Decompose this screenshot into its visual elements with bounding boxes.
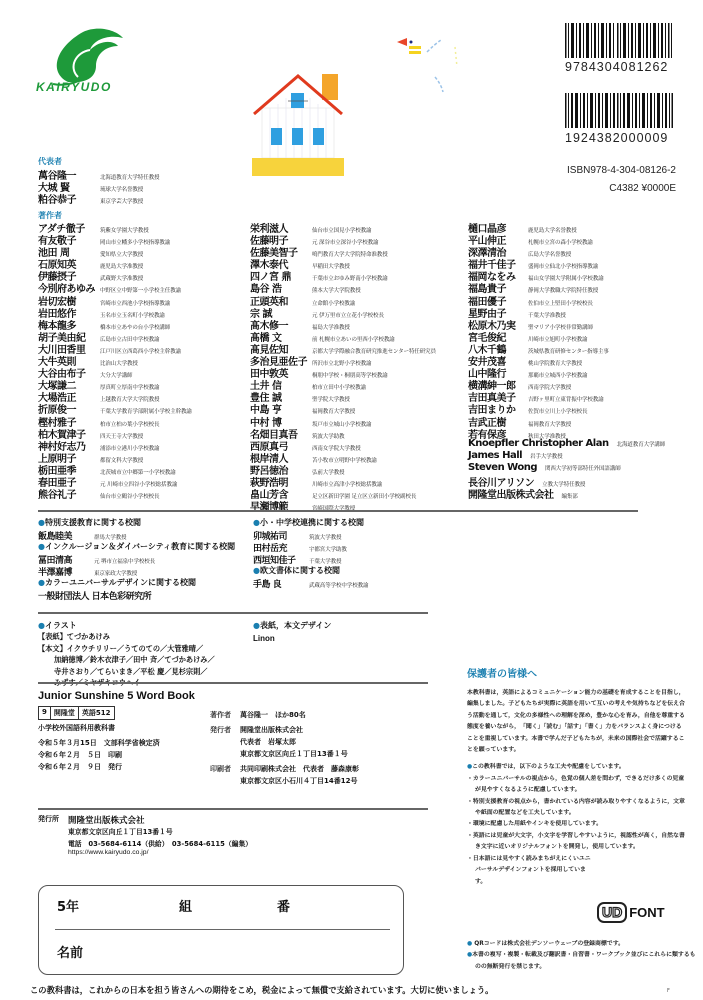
credit-affiliation: 川崎市立高津小学校総括教諭 xyxy=(312,480,382,488)
credit-affiliation: 西南学院大学教授 xyxy=(528,383,571,391)
credit-affiliation: 都留文科大学教授 xyxy=(100,456,143,464)
supervisor-affiliation: 千葉大学教授 xyxy=(309,557,341,565)
publisher-url[interactable]: https://www.kairyudo.co.jp/ xyxy=(38,849,252,861)
credit-affiliation: 玉名市立玉名町小学校教諭 xyxy=(100,311,165,319)
bullet-icon: ● xyxy=(38,518,45,527)
supervisor-row: 冨田清高元 堺市立福泉中学校校長 xyxy=(38,553,268,565)
name-label: 名前 xyxy=(57,942,83,961)
price-code-text: C4382 ¥0000E xyxy=(609,183,676,194)
printer-line: 東京都文京区小石川４丁目14番12号 xyxy=(240,776,357,788)
supervision-left: ●特別支援教育に関する校閲飯島睦美群馬大学教授●インクルージョン＆ダイバーシティ… xyxy=(38,517,268,601)
credit-affiliation: 岩手大学教授 xyxy=(530,452,562,460)
page-mark: F xyxy=(667,988,670,994)
features-title: この教科書では，以下のような工夫や配慮をしています。 xyxy=(472,764,625,770)
feature-item: ・英語には児童が大文字，小文字を学習しやすいように，視認性が高く，自然な書き文字… xyxy=(467,831,687,854)
credit-affiliation: 上越教育大学大学院教授 xyxy=(100,395,159,403)
credit-affiliation: 浦添市立港川小学校教諭 xyxy=(100,444,159,452)
supervision-title-text: インクルージョン＆ダイバーシティ教育に関する校閲 xyxy=(45,542,235,551)
isbn-barcode-icon xyxy=(565,23,673,58)
isbn-text: ISBN978-4-304-08126-2 xyxy=(567,165,676,176)
credit-row: 栄利滋人仙台市立国見小学校教諭 xyxy=(250,220,460,232)
credit-affiliation: 広島市立古田中学校教諭 xyxy=(100,335,159,343)
credit-affiliation: 岡山市立幡多小学校指導教諭 xyxy=(100,238,170,246)
illustration-body-line: 加納徳博／鈴木衣津子／田中 斉／てづかあけみ／ xyxy=(38,655,268,667)
credit-affiliation: 千葉大学教育学部附属小学校主幹教諭 xyxy=(100,407,192,415)
credit-affiliation: 茨城県教育研修センター指導主事 xyxy=(528,347,609,355)
credit-affiliation: 千葉大学准教授 xyxy=(528,311,566,319)
date-published: 令和６年２月 ９日 発行 xyxy=(38,762,160,774)
credit-affiliation: 琉球大学名誉教授 xyxy=(100,185,143,193)
date-approved: 令和５年３月15日 文部科学省検定済 xyxy=(38,738,160,750)
divider xyxy=(38,682,428,684)
credit-affiliation: 聖学院大学教授 xyxy=(312,395,350,403)
credit-affiliation: 桐朋中学校・桐朋高等学校教諭 xyxy=(312,371,388,379)
supervisor-row: 手島 良武蔵高等学校中学校教諭 xyxy=(253,577,483,589)
supervisor-row: 卯城祐司筑波大学教授 xyxy=(253,529,483,541)
supervisor-row: 半澤嘉博東京家政大学教授 xyxy=(38,565,268,577)
supervisor-affiliation: 群馬大学教授 xyxy=(94,533,126,541)
supervisor-affiliation: 筑波大学教授 xyxy=(309,533,341,541)
note-qr: QRコードは株式会社デンソーウェーブの登録商標です。 xyxy=(474,941,624,947)
credit-affiliation: 鹿児島大学名誉教授 xyxy=(528,226,577,234)
supervision-right: ●小・中学校連携に関する校閲卯城祐司筑波大学教授田村岳充宇都宮大学助教西垣知佳子… xyxy=(253,517,483,589)
credit-affiliation: 元 深谷市立深谷小学校教諭 xyxy=(312,238,378,246)
publisher-phone: 電話 03-5684-6114（供給） 03-5684-6115（編集） xyxy=(38,838,252,850)
credit-affiliation: 関西大学初等部特任外国語講師 xyxy=(545,464,621,472)
credit-row: アダチ徹子筑紫女学園大学教授 xyxy=(38,220,238,232)
credit-row: 四ノ宮 鼎千葉市立おゆみ野南小学校教諭 xyxy=(250,268,460,280)
design-credits: ●表紙，本文デザイン Linon xyxy=(253,620,331,643)
class-label: 組 xyxy=(179,896,192,915)
tag-number: 9 xyxy=(39,707,51,719)
credit-affiliation: 足立区新田学園 足立区立新田小学校副校長 xyxy=(312,492,416,500)
credit-affiliation: 聖マリア小学校非常勤講師 xyxy=(528,323,593,331)
divider xyxy=(55,929,390,930)
credit-affiliation: 川崎市立旭町小学校教諭 xyxy=(528,335,587,343)
credit-row: 若有保彦秋田大学准教授 xyxy=(468,426,698,438)
credit-affiliation: 苫小牧市立明野中学校教諭 xyxy=(312,456,377,464)
supervision-title-text: 特別支援教育に関する校閲 xyxy=(45,518,141,527)
bird-illustration-icon xyxy=(395,32,485,102)
credit-affiliation: 編集部 xyxy=(562,492,578,500)
credit-name: 粕谷恭子 xyxy=(38,191,100,206)
representatives-title: 代表者 xyxy=(38,156,238,167)
credit-affiliation: 西南女学院大学教授 xyxy=(312,444,361,452)
supervision-title-text: 小・中学校連携に関する校閲 xyxy=(260,518,364,527)
credit-row: 萩野浩明川崎市立高津小学校総括教諭 xyxy=(250,474,460,486)
credit-affiliation: 元 川崎市立四谷小学校総括教諭 xyxy=(100,480,177,488)
credit-affiliation: 橋本市立あやの台小学校講師 xyxy=(100,323,170,331)
supervision-title: ●カラーユニバーサルデザインに関する校閲 xyxy=(38,577,268,589)
credit-affiliation: 仙台市立国見小学校教諭 xyxy=(312,226,371,234)
ud-font-text: FONT xyxy=(629,905,664,920)
barcode-number-1: 9784304081262 xyxy=(565,60,675,74)
supervision-title: ●欧文書体に関する校閲 xyxy=(253,565,483,577)
price-barcode-icon xyxy=(565,93,673,128)
credit-affiliation: 愛知県立大学教授 xyxy=(100,250,143,258)
book-title: Junior Sunshine 5 Word Book xyxy=(38,690,195,702)
credit-affiliation: 坂戸市立城山小学校教諭 xyxy=(312,420,371,428)
credit-affiliation: 静岡大学教職大学院特任教授 xyxy=(528,286,598,294)
guardian-body: 本教科書は，英語によるコミュニケーション能力の基礎を育成することを目指し，編集し… xyxy=(467,688,687,756)
divider xyxy=(38,612,428,614)
credit-affiliation: 立命館小学校教諭 xyxy=(312,299,355,307)
bullet-icon: ● xyxy=(38,578,45,587)
supervisor-row: 一般財団法人 日本色彩研究所 xyxy=(38,589,268,601)
printer-label: 印刷者 xyxy=(210,764,240,776)
credit-affiliation: 佐伯市立上堅田小学校校長 xyxy=(528,299,593,307)
feature-item: ・カラーユニバーサルの視点から，色覚の個人差を問わず，できるだけ多くの児童が見や… xyxy=(467,774,687,797)
supervision-title: ●インクルージョン＆ダイバーシティ教育に関する校閲 xyxy=(38,541,268,553)
credit-affiliation: 比治山大学教授 xyxy=(100,359,138,367)
issuer-line: 東京都文京区向丘１丁目13番１号 xyxy=(240,749,348,761)
credit-name: James Hall xyxy=(468,450,522,461)
credit-affiliation: 京都大学学際融合教育研究推進センター特任研究員 xyxy=(312,347,436,355)
credit-affiliation: 鳴門教育大学大学院特命准教授 xyxy=(312,250,388,258)
credit-name: 開隆堂出版株式会社 xyxy=(468,486,554,501)
credit-affiliation: 福岡教育大学教授 xyxy=(528,420,571,428)
credit-row: 大塚謙二厚真町立厚南中学校教諭 xyxy=(38,377,238,389)
publisher-name: 開隆堂出版株式会社 xyxy=(68,814,145,826)
tag-code: 英語512 xyxy=(79,707,114,719)
credit-affiliation: 柏市立柏の葉小学校校長 xyxy=(100,420,159,428)
footer-notice: この教科書は，これからの日本を担う皆さんへの期待をこめ，税金によって無償で支給さ… xyxy=(30,984,493,996)
credit-affiliation: 北海道教育大学講師 xyxy=(617,440,666,448)
guardian-title: 保護者の皆様へ xyxy=(467,665,687,680)
illustration-title: イラスト xyxy=(45,621,77,630)
author-label: 著作者 xyxy=(210,710,240,722)
note-copyright: 本書の複写・複製・転載及び翻訳書・自習書・ワークブック並びにこれらに類するものの… xyxy=(472,952,695,969)
credit-affiliation: 鹿児島大学准教授 xyxy=(100,262,143,270)
student-name-box[interactable]: 5年 組 番 名前 xyxy=(38,885,404,975)
supervisor-row: 飯島睦美群馬大学教授 xyxy=(38,529,268,541)
feature-item: ・日本語には見やすく読みまちがえにくいユニバーサルデザインフォントを採用していま… xyxy=(467,854,592,888)
credit-affiliation: 元 伊万里市立立花小学校校長 xyxy=(312,311,384,319)
supervisor-name: 一般財団法人 日本色彩研究所 xyxy=(38,589,151,602)
supervisor-name: 手島 良 xyxy=(253,577,309,590)
supervisor-affiliation: 武蔵高等学校中学校教諭 xyxy=(309,581,368,589)
credit-row: 吉田真美子吉野ヶ里町立東背振中学校教諭 xyxy=(468,389,698,401)
authors-column-2: 栄利滋人仙台市立国見小学校教諭佐藤明子元 深谷市立深谷小学校教諭佐藤美智子鳴門教… xyxy=(250,220,460,510)
credit-affiliation: 宮崎市立西池小学校指導教諭 xyxy=(100,299,170,307)
credit-affiliation: 盛岡市立仙北小学校指導教諭 xyxy=(528,262,598,270)
credit-affiliation: 熊本大学大学院教授 xyxy=(312,286,361,294)
credit-row: 西原真弓西南女学院大学教授 xyxy=(250,438,460,450)
credit-affiliation: 筑波大学助教 xyxy=(312,432,344,440)
printer-line: 共同印刷株式会社 代表者 藤森康彰 xyxy=(240,764,359,776)
credit-affiliation: 千葉市立おゆみ野南小学校教諭 xyxy=(312,274,388,282)
credit-affiliation: 福山女学園大学附属小学校教諭 xyxy=(528,274,604,282)
credit-row: 髙橋 文前 札幌市立あいの里西小学校教諭 xyxy=(250,329,460,341)
bullet-icon: ● xyxy=(467,941,472,947)
credit-affiliation: 那覇市立城西小学校教諭 xyxy=(528,371,587,379)
credit-affiliation: 福島大学准教授 xyxy=(312,323,350,331)
illustration-body-line: 寺井さおり／てらいまき／平松 慶／見杉宗則／ xyxy=(38,667,268,679)
credit-row: 樋口晶彦鹿児島大学名誉教授 xyxy=(468,220,698,232)
divider xyxy=(38,510,638,512)
publisher-label: 発行所 xyxy=(38,814,68,826)
credit-affiliation: 大分大学講師 xyxy=(100,371,132,379)
credit-affiliation: 前 札幌市立あいの里西小学校教諭 xyxy=(312,335,395,343)
credit-row: 福井千佳子盛岡市立仙北小学校指導教諭 xyxy=(468,256,698,268)
credit-affiliation: 四天王寺大学教授 xyxy=(100,432,143,440)
issuer-line: 開隆堂出版株式会社 xyxy=(240,725,303,737)
book-dates: 小学校外国語科用教科書 令和５年３月15日 文部科学省検定済 令和６年２月 ５日… xyxy=(38,723,160,774)
author-value: 萬谷隆一 ほか80名 xyxy=(240,710,306,722)
design-title: 表紙，本文デザイン xyxy=(260,621,331,630)
ud-font-logo: UD FONT xyxy=(597,902,665,923)
credit-affiliation: 武蔵野大学准教授 xyxy=(100,274,143,282)
credit-row: 平山伸正札幌市立宮の森小学校教諭 xyxy=(468,232,698,244)
credit-row: James Hall岩手大学教授 xyxy=(468,450,698,462)
representatives-section: 代表者 萬谷隆一北海道教育大学特任教授大城 賢琉球大学名誉教授粕谷恭子東京学芸大… xyxy=(38,156,238,203)
credit-affiliation: 広島大学名誉教授 xyxy=(528,250,571,258)
supervisor-affiliation: 元 堺市立福泉中学校校長 xyxy=(94,557,155,565)
credit-affiliation: 仙台市立鶴谷小学校校長 xyxy=(100,492,159,500)
credit-row: 松原木乃実聖マリア小学校非常勤講師 xyxy=(468,317,698,329)
guardian-notes: 保護者の皆様へ 本教科書は，英語によるコミュニケーション能力の基礎を育成すること… xyxy=(467,665,687,888)
bullet-icon: ● xyxy=(253,518,260,527)
supervision-title: ●小・中学校連携に関する校閲 xyxy=(253,517,483,529)
ud-font-box-icon: UD xyxy=(597,902,627,923)
authors-column-3: 樋口晶彦鹿児島大学名誉教授平山伸正札幌市立宮の森小学校教諭深澤清治広島大学名誉教… xyxy=(468,220,698,498)
credit-affiliation: 佐賀市立川上小学校校長 xyxy=(528,407,587,415)
credit-row: Steven Wong関西大学初等部特任外国語講師 xyxy=(468,462,698,474)
credit-row: 大谷由布子大分大学講師 xyxy=(38,365,238,377)
credit-affiliation: 所沢市立北野小学校教諭 xyxy=(312,359,371,367)
number-label: 番 xyxy=(277,896,290,915)
feature-item: ・特別支援教育の視点から，書かれている内容が読み取りやすくなるように，文章や紙面… xyxy=(467,797,687,820)
credit-name: Knoepfler Christopher Alan xyxy=(468,438,609,449)
credit-affiliation: 吉野ヶ里町立東背振中学校教諭 xyxy=(528,395,604,403)
credit-affiliation: 筑紫女学園大学教授 xyxy=(100,226,149,234)
credit-affiliation: 福岡教育大学教授 xyxy=(312,407,355,415)
credit-affiliation: 東京学芸大学教授 xyxy=(100,197,143,205)
bullet-icon: ● xyxy=(38,621,45,630)
logo-text: KAIRYUDO xyxy=(36,80,112,94)
credit-name: 熊谷礼子 xyxy=(38,486,100,501)
divider xyxy=(38,808,428,810)
supervisor-row: 田村岳充宇都宮大学助教 xyxy=(253,541,483,553)
supervision-title-text: カラーユニバーサルデザインに関する校閲 xyxy=(45,578,196,587)
illustration-body-line: 【本文】イクウチリリー／うてのての／大管雅晴／ xyxy=(38,644,268,656)
credit-affiliation: 弘前大学教授 xyxy=(312,468,344,476)
credit-affiliation: 江戸川区立西葛西小学校主幹教諭 xyxy=(100,347,181,355)
credit-affiliation: 北茨城市立中郷第一小学校教諭 xyxy=(100,468,176,476)
book-category: 小学校外国語科用教科書 xyxy=(38,723,160,735)
book-tags: 9 開隆堂 英語512 xyxy=(38,706,115,720)
credit-row: 萬谷隆一北海道教育大学特任教授 xyxy=(38,167,238,179)
bullet-icon: ● xyxy=(38,542,45,551)
credit-affiliation: 北海道教育大学特任教授 xyxy=(100,173,159,181)
book-credits: 著作者萬谷隆一 ほか80名 発行者開隆堂出版株式会社 代表者 岩塚太郎 東京都文… xyxy=(210,710,359,788)
date-printed: 令和６年２月 ５日 印刷 xyxy=(38,750,160,762)
supervisor-row: 西垣知佳子千葉大学教授 xyxy=(253,553,483,565)
feature-item: ・環境に配慮した用紙やインキを使用しています。 xyxy=(467,819,687,830)
publisher-info: 発行所開隆堂出版株式会社 東京都文京区向丘１丁目13番１号 電話 03-5684… xyxy=(38,814,252,861)
tag-publisher: 開隆堂 xyxy=(51,707,79,719)
barcode-number-2: 1924382000009 xyxy=(565,131,675,145)
supervision-title: ●特別支援教育に関する校閲 xyxy=(38,517,268,529)
house-illustration-icon xyxy=(248,68,348,178)
credit-affiliation: 桃山学院教育大学教授 xyxy=(528,359,582,367)
credit-affiliation: 早稲田大学教授 xyxy=(312,262,350,270)
supervisor-affiliation: 宇都宮大学助教 xyxy=(309,545,347,553)
guardian-legal-notes: ● QRコードは株式会社デンソーウェーブの登録商標です。 ●本書の複写・複製・転… xyxy=(467,939,697,973)
illustration-credits: ●イラスト 【表紙】てづかあけみ 【本文】イクウチリリー／うてのての／大管雅晴／… xyxy=(38,620,268,690)
illustration-cover: 【表紙】てづかあけみ xyxy=(38,632,268,644)
design-value: Linon xyxy=(253,634,331,643)
credit-affiliation: 柏市立田中小学校教諭 xyxy=(312,383,366,391)
authors-column-1: 著作者 アダチ徹子筑紫女学園大学教授有友敬子岡山市立幡多小学校指導教諭池田 周愛… xyxy=(38,220,238,498)
issuer-line: 代表者 岩塚太郎 xyxy=(240,737,296,749)
publisher-address: 東京都文京区向丘１丁目13番１号 xyxy=(38,826,252,838)
grade-label: 5年 xyxy=(57,896,79,915)
supervision-title-text: 欧文書体に関する校閲 xyxy=(260,566,340,575)
credit-row: 中島 亨福岡教育大学教授 xyxy=(250,401,460,413)
credit-row: 山中隆行那覇市立城西小学校教諭 xyxy=(468,365,698,377)
issuer-label: 発行者 xyxy=(210,725,240,737)
credit-row: Knoepfler Christopher Alan北海道教育大学講師 xyxy=(468,438,698,450)
bullet-icon: ● xyxy=(253,566,260,575)
credit-affiliation: 中野区立中野第一小学校主任教諭 xyxy=(100,286,181,294)
bullet-icon: ● xyxy=(253,621,260,630)
illustration-body-line: みずす／ミヤザキコウヘイ xyxy=(38,678,268,690)
supervisor-affiliation: 東京家政大学教授 xyxy=(94,569,137,577)
credit-affiliation: 厚真町立厚南中学校教諭 xyxy=(100,383,159,391)
authors-title: 著作者 xyxy=(38,210,238,220)
credit-row: 長谷川アリソン立教大学特任教授 xyxy=(468,474,698,486)
credit-name: Steven Wong xyxy=(468,462,537,473)
credit-affiliation: 札幌市立宮の森小学校教諭 xyxy=(528,238,593,246)
